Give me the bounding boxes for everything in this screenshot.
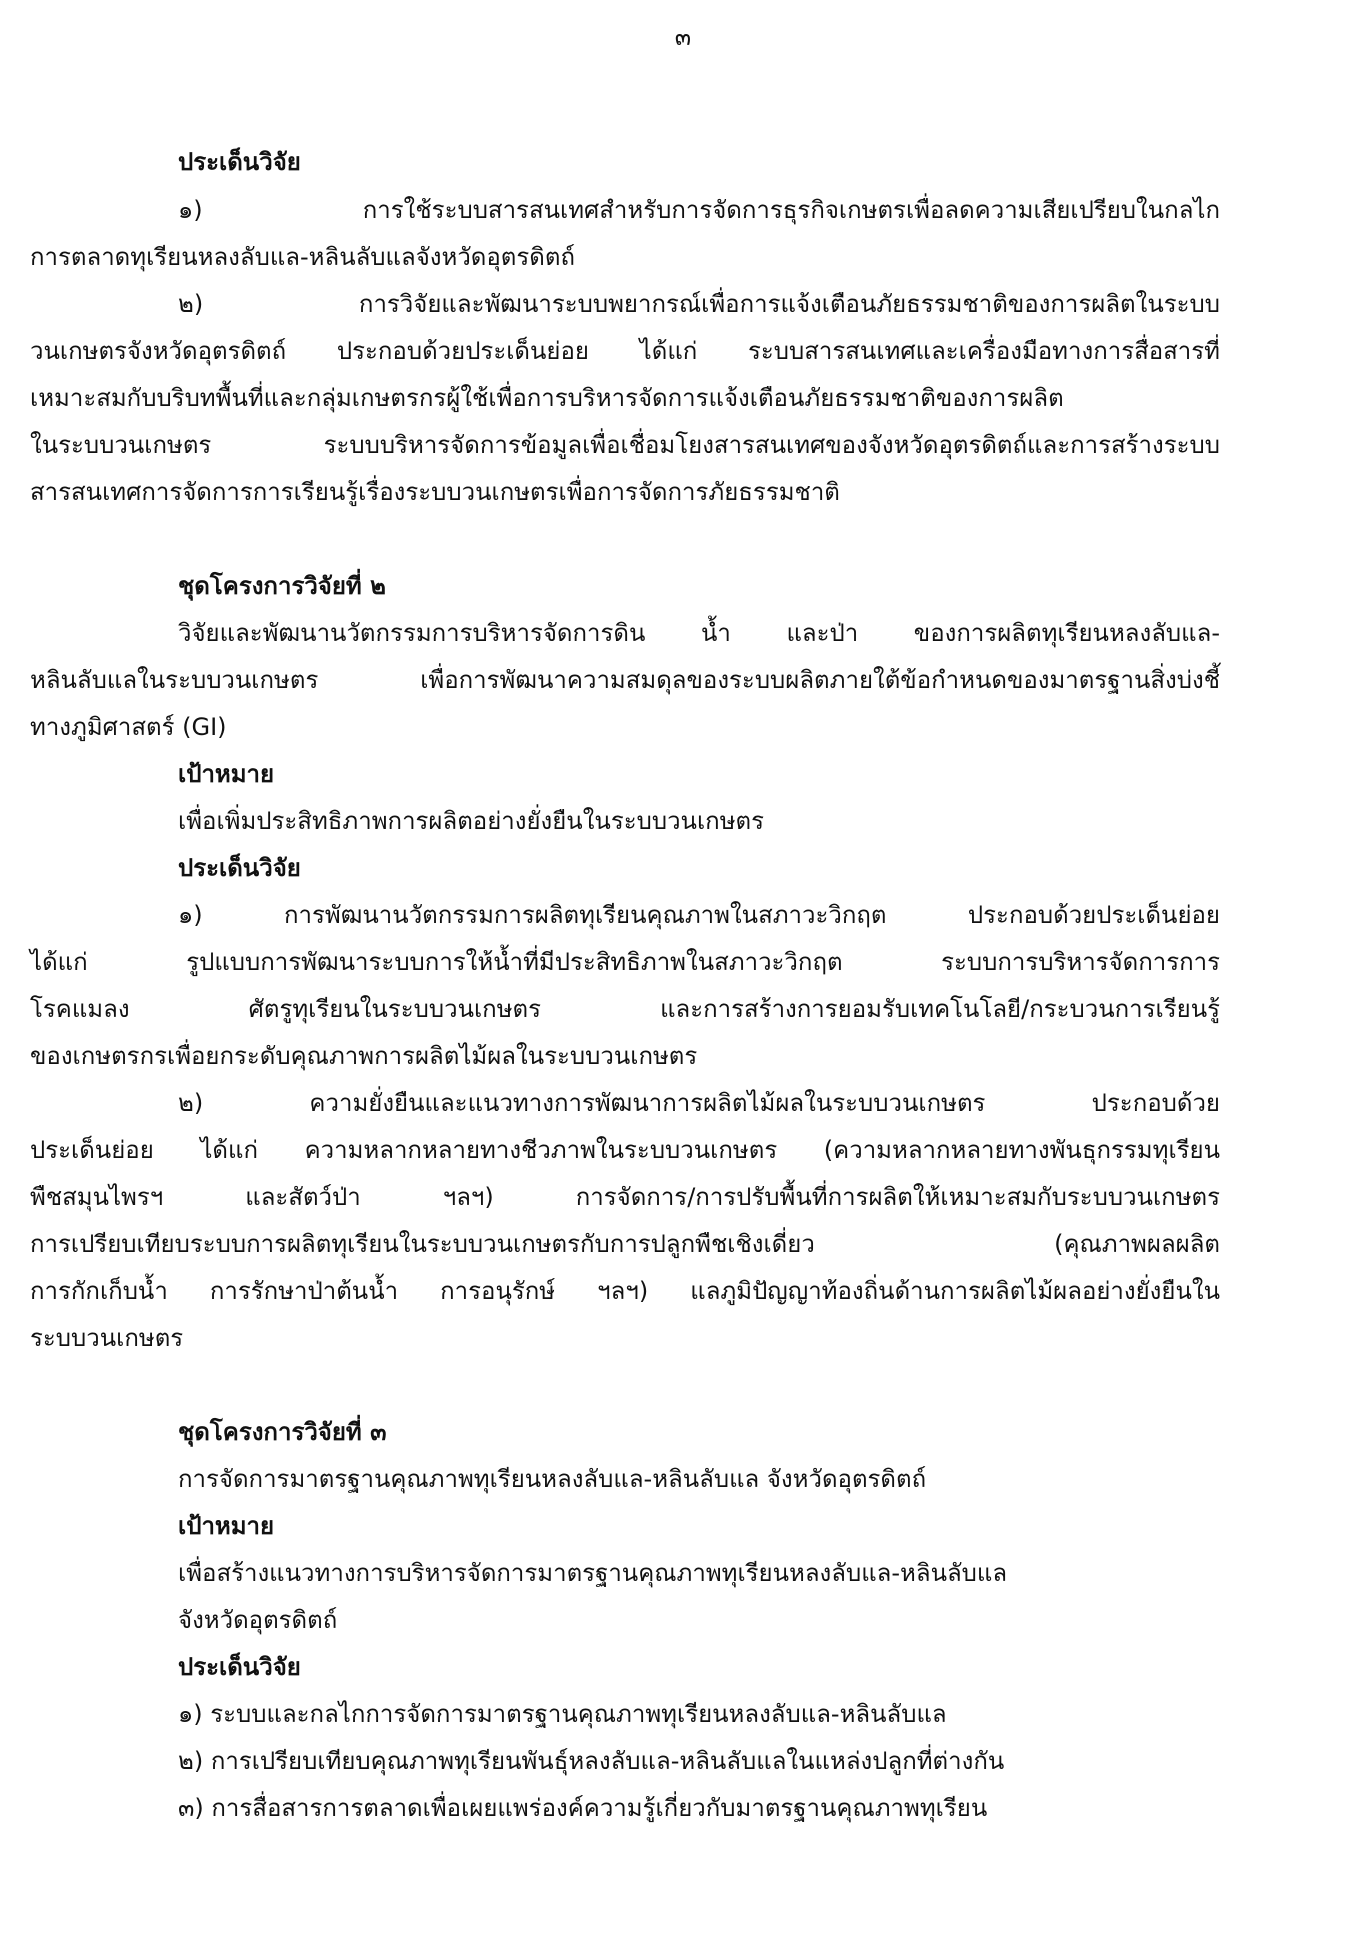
project-set-2-issue-2-line-2: ประเด็นย่อย ได้แก่ ความหลากหลายทางชีวภาพ…: [30, 1130, 1220, 1170]
section-heading-research-issues: ประเด็นวิจัย: [178, 142, 1366, 182]
project-set-2-issue-2-line-3: พืชสมุนไพรฯ และสัตว์ป่า ฯลฯ) การจัดการ/ก…: [30, 1177, 1220, 1217]
issue-2-line-5: สารสนเทศการจัดการการเรียนรู้เรื่องระบบวน…: [30, 472, 1220, 512]
project-set-3-heading: ชุดโครงการวิจัยที่ ๓: [178, 1412, 1366, 1452]
project-set-2-issue-2-line-5: การกักเก็บน้ำ การรักษาป่าต้นน้ำ การอนุรั…: [30, 1271, 1220, 1311]
issue-2-line-4: ในระบบวนเกษตร ระบบบริหารจัดการข้อมูลเพื่…: [30, 425, 1220, 465]
project-set-2-goal-heading: เป้าหมาย: [178, 754, 1366, 794]
project-set-3-issues-heading: ประเด็นวิจัย: [178, 1647, 1366, 1687]
project-set-2-title-line-2: หลินลับแลในระบบวนเกษตร เพื่อการพัฒนาความ…: [30, 660, 1220, 700]
project-set-3-issue-1: ๑) ระบบและกลไกการจัดการมาตรฐานคุณภาพทุเร…: [178, 1694, 1220, 1734]
project-set-2-issue-2-line-4: การเปรียบเทียบระบบการผลิตทุเรียนในระบบวน…: [30, 1224, 1220, 1264]
project-set-2-goal: เพื่อเพิ่มประสิทธิภาพการผลิตอย่างยั่งยืน…: [178, 801, 1220, 841]
issue-2-line-3: เหมาะสมกับบริบทพื้นที่และกลุ่มเกษตรกรผู้…: [30, 378, 1220, 418]
issue-2-line-1: ๒) การวิจัยและพัฒนาระบบพยากรณ์เพื่อการแจ…: [178, 284, 1220, 324]
project-set-3-issue-2: ๒) การเปรียบเทียบคุณภาพทุเรียนพันธุ์หลงล…: [178, 1741, 1220, 1781]
project-set-3-goal-line-2: จังหวัดอุตรดิตถ์: [178, 1600, 1220, 1640]
project-set-2-issue-1-line-1: ๑) การพัฒนานวัตกรรมการผลิตทุเรียนคุณภาพใ…: [178, 895, 1220, 935]
issue-2-line-2: วนเกษตรจังหวัดอุตรดิตถ์ ประกอบด้วยประเด็…: [30, 331, 1220, 371]
project-set-2-issue-1-line-4: ของเกษตรกรเพื่อยกระดับคุณภาพการผลิตไม้ผล…: [30, 1036, 1220, 1076]
project-set-2-issue-2-line-1: ๒) ความยั่งยืนและแนวทางการพัฒนาการผลิตไม…: [178, 1083, 1220, 1123]
project-set-2-issues-heading: ประเด็นวิจัย: [178, 848, 1366, 888]
project-set-2-issue-1-line-2: ได้แก่ รูปแบบการพัฒนาระบบการให้น้ำที่มีป…: [30, 942, 1220, 982]
project-set-2-issue-1-line-3: โรคแมลง ศัตรูทุเรียนในระบบวนเกษตร และการ…: [30, 989, 1220, 1029]
project-set-3-issue-3: ๓) การสื่อสารการตลาดเพื่อเผยแพร่องค์ความ…: [178, 1788, 1220, 1828]
issue-1-line-2: การตลาดทุเรียนหลงลับแล-หลินลับแลจังหวัดอ…: [30, 237, 1220, 277]
issue-1-line-1: ๑) การใช้ระบบสารสนเทศสำหรับการจัดการธุรก…: [178, 190, 1220, 230]
project-set-3-goal-line-1: เพื่อสร้างแนวทางการบริหารจัดการมาตรฐานคุ…: [178, 1553, 1220, 1593]
project-set-3-goal-heading: เป้าหมาย: [178, 1506, 1366, 1546]
project-set-2-issue-2-line-6: ระบบวนเกษตร: [30, 1318, 1220, 1358]
project-set-2-heading: ชุดโครงการวิจัยที่ ๒: [178, 566, 1366, 606]
project-set-2-title-line-1: วิจัยและพัฒนานวัตกรรมการบริหารจัดการดิน …: [178, 613, 1220, 653]
page-number: ๓: [0, 22, 1366, 52]
project-set-2-title-line-3: ทางภูมิศาสตร์ (GI): [30, 707, 1220, 747]
project-set-3-title: การจัดการมาตรฐานคุณภาพทุเรียนหลงลับแล-หล…: [178, 1459, 1220, 1499]
